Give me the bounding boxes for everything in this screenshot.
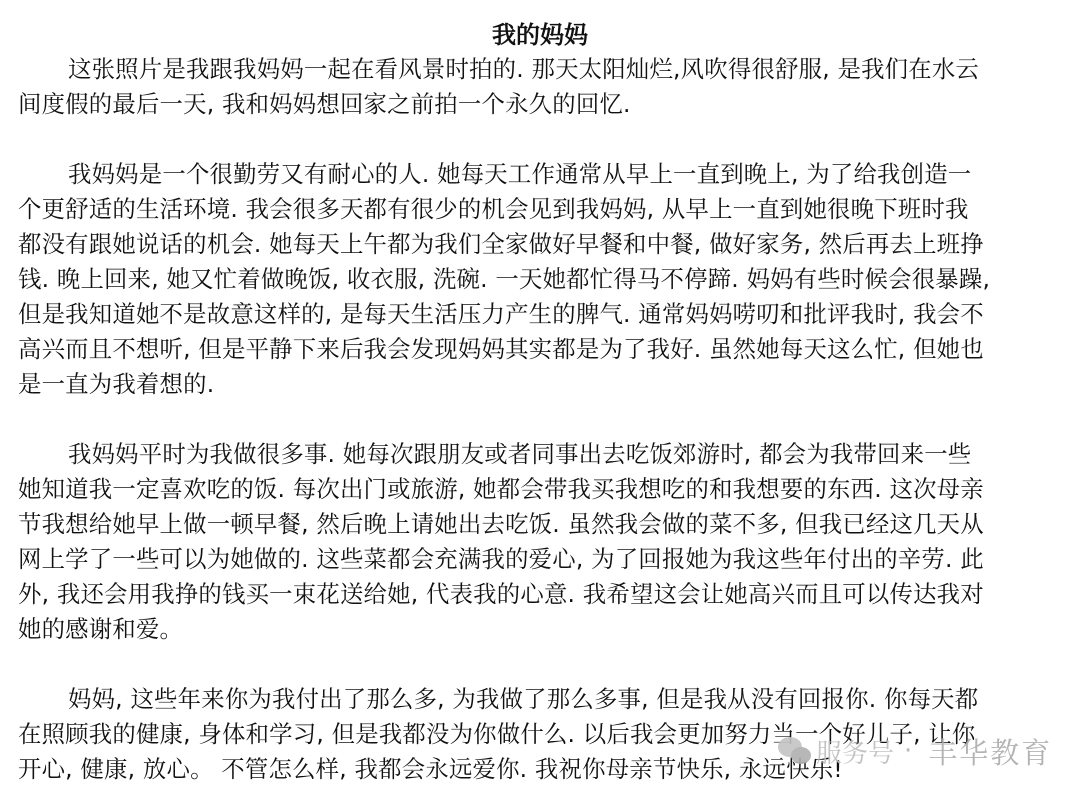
paragraph-2: 我妈妈是一个很勤劳又有耐心的人. 她每天工作通常从早上一直到晚上, 为了给我创造… (18, 157, 1062, 402)
text-line: 她知道我一定喜欢吃的饭. 每次出门或旅游, 她都会带我买我想吃的和我想要的东西.… (18, 472, 1062, 507)
text-line: 钱. 晚上回来, 她又忙着做晚饭, 收衣服, 洗碗. 一天她都忙得马不停蹄. 妈… (18, 262, 1062, 297)
text-line: 个更舒适的生活环境. 我会很多天都有很少的机会见到我妈妈, 从早上一直到她很晚下… (18, 192, 1062, 227)
essay-document: 我的妈妈 这张照片是我跟我妈妈一起在看风景时拍的. 那天太阳灿烂,风吹得很舒服,… (18, 18, 1062, 787)
text-line: 我妈妈是一个很勤劳又有耐心的人. 她每天工作通常从早上一直到晚上, 为了给我创造… (18, 157, 1062, 192)
text-line: 这张照片是我跟我妈妈一起在看风景时拍的. 那天太阳灿烂,风吹得很舒服, 是我们在… (18, 52, 1062, 87)
text-line: 她的感谢和爱。 (18, 612, 1062, 647)
paragraph-1: 这张照片是我跟我妈妈一起在看风景时拍的. 那天太阳灿烂,风吹得很舒服, 是我们在… (18, 52, 1062, 122)
essay-title: 我的妈妈 (18, 18, 1062, 52)
paragraph-4: 妈妈, 这些年来你为我付出了那么多, 为我做了那么多事, 但是我从没有回报你. … (18, 682, 1062, 787)
text-line: 外, 我还会用我挣的钱买一束花送给她, 代表我的心意. 我希望这会让她高兴而且可… (18, 577, 1062, 612)
text-line: 在照顾我的健康, 身体和学习, 但是我都没为你做什么. 以后我会更加努力当一个好… (18, 717, 1062, 752)
text-line: 是一直为我着想的. (18, 367, 1062, 402)
text-line: 都没有跟她说话的机会. 她每天上午都为我们全家做好早餐和中餐, 做好家务, 然后… (18, 227, 1062, 262)
text-line: 高兴而且不想听, 但是平静下来后我会发现妈妈其实都是为了我好. 虽然她每天这么忙… (18, 332, 1062, 367)
text-line: 间度假的最后一天, 我和妈妈想回家之前拍一个永久的回忆. (18, 87, 1062, 122)
text-line: 开心, 健康, 放心。 不管怎么样, 我都会永远爱你. 我祝你母亲节快乐, 永远… (18, 752, 1062, 787)
text-line: 网上学了一些可以为她做的. 这些菜都会充满我的爱心, 为了回报她为我这些年付出的… (18, 542, 1062, 577)
text-line: 我妈妈平时为我做很多事. 她每次跟朋友或者同事出去吃饭郊游时, 都会为我带回来一… (18, 437, 1062, 472)
text-line: 妈妈, 这些年来你为我付出了那么多, 为我做了那么多事, 但是我从没有回报你. … (18, 682, 1062, 717)
text-line: 节我想给她早上做一顿早餐, 然后晚上请她出去吃饭. 虽然我会做的菜不多, 但我已… (18, 507, 1062, 542)
text-line: 但是我知道她不是故意这样的, 是每天生活压力产生的脾气. 通常妈妈唠叨和批评我时… (18, 297, 1062, 332)
paragraph-3: 我妈妈平时为我做很多事. 她每次跟朋友或者同事出去吃饭郊游时, 都会为我带回来一… (18, 437, 1062, 647)
